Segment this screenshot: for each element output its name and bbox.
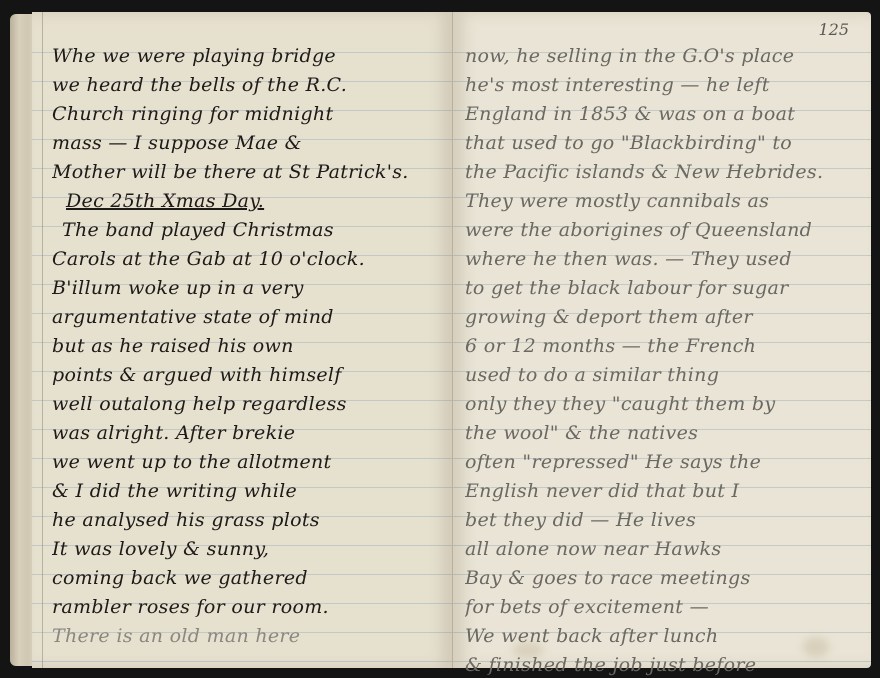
text-line: were the aborigines of Queensland [465,216,857,245]
text-line: the Pacific islands & New Hebrides. [465,158,857,187]
text-line: that used to go "Blackbirding" to [465,129,857,158]
text-line: It was lovely & sunny, [52,535,438,564]
text-line: There is an old man here [52,622,438,651]
text-line: the wool" & the natives [465,419,857,448]
text-line: argumentative state of mind [52,303,438,332]
text-line: mass — I suppose Mae & [52,129,438,158]
text-line: Whe we were playing bridge [52,42,438,71]
text-line: & I did the writing while [52,477,438,506]
text-line: all alone now near Hawks [465,535,857,564]
date-heading: Dec 25th Xmas Day. [52,187,438,216]
text-line: we went up to the allotment [52,448,438,477]
text-line: to get the black labour for sugar [465,274,857,303]
left-page-text: Whe we were playing bridge we heard the … [32,42,452,651]
text-line: Bay & goes to race meetings [465,564,857,593]
text-line: he analysed his grass plots [52,506,438,535]
open-notebook: Whe we were playing bridge we heard the … [10,12,874,670]
text-line: Church ringing for midnight [52,100,438,129]
text-line: he's most interesting — he left [465,71,857,100]
paper-stain [803,637,829,657]
right-page-text: now, he selling in the G.O's place he's … [453,42,871,678]
text-line: They were mostly cannibals as [465,187,857,216]
text-line: 6 or 12 months — the French [465,332,857,361]
text-line: The band played Christmas [52,216,438,245]
text-line: where he then was. — They used [465,245,857,274]
text-line: England in 1853 & was on a boat [465,100,857,129]
text-line: now, he selling in the G.O's place [465,42,857,71]
text-line: B'illum woke up in a very [52,274,438,303]
text-line: but as he raised his own [52,332,438,361]
text-line: for bets of excitement — [465,593,857,622]
text-line: well outalong help regardless [52,390,438,419]
text-line: often "repressed" He says the [465,448,857,477]
text-line: was alright. After brekie [52,419,438,448]
paper-stain [513,642,543,658]
text-line: we heard the bells of the R.C. [52,71,438,100]
text-line: only they they "caught them by [465,390,857,419]
text-line: coming back we gathered [52,564,438,593]
text-line: English never did that but I [465,477,857,506]
text-line: growing & deport them after [465,303,857,332]
text-line: points & argued with himself [52,361,438,390]
text-line: Mother will be there at St Patrick's. [52,158,438,187]
right-page: 125 now, he selling in the G.O's place h… [453,12,871,668]
text-line: used to do a similar thing [465,361,857,390]
text-line: bet they did — He lives [465,506,857,535]
page-number: 125 [818,20,849,39]
text-line: Carols at the Gab at 10 o'clock. [52,245,438,274]
left-page: Whe we were playing bridge we heard the … [32,12,453,668]
text-line: rambler roses for our room. [52,593,438,622]
